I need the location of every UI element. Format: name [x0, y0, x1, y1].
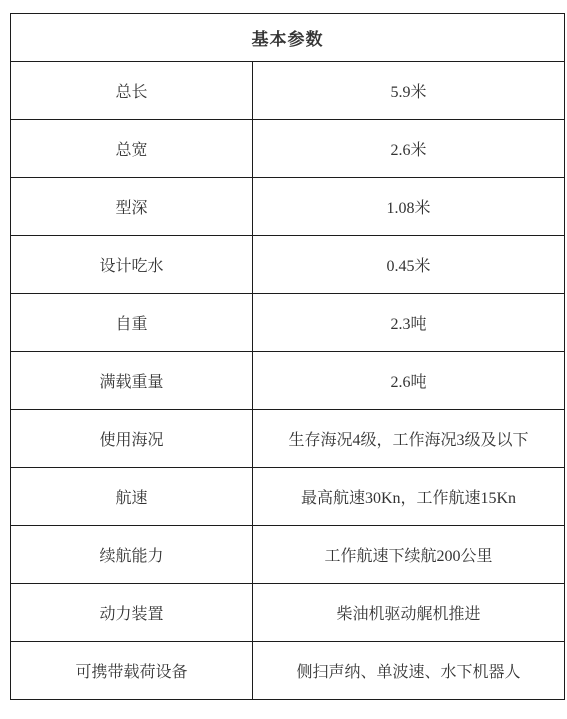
param-label-cell: 续航能力 [11, 526, 253, 584]
param-value-cell: 2.3吨 [253, 294, 565, 352]
table-row: 动力装置 柴油机驱动艉机推进 [11, 584, 565, 642]
param-label-cell: 型深 [11, 178, 253, 236]
param-value-cell: 工作航速下续航200公里 [253, 526, 565, 584]
table-row: 可携带载荷设备 侧扫声纳、单波速、水下机器人 [11, 642, 565, 700]
table-row: 续航能力 工作航速下续航200公里 [11, 526, 565, 584]
param-label-cell: 航速 [11, 468, 253, 526]
param-value-cell: 2.6吨 [253, 352, 565, 410]
param-value-cell: 最高航速30Kn，工作航速15Kn [253, 468, 565, 526]
table-row: 总宽 2.6米 [11, 120, 565, 178]
param-value-cell: 生存海况4级，工作海况3级及以下 [253, 410, 565, 468]
param-value-cell: 1.08米 [253, 178, 565, 236]
table-row: 使用海况 生存海况4级，工作海况3级及以下 [11, 410, 565, 468]
basic-parameters-table: 基本参数 总长 5.9米 总宽 2.6米 型深 1.08米 设计吃水 0.45米 [10, 13, 565, 700]
param-label-cell: 自重 [11, 294, 253, 352]
table-row: 型深 1.08米 [11, 178, 565, 236]
table-row: 航速 最高航速30Kn，工作航速15Kn [11, 468, 565, 526]
table-body: 总长 5.9米 总宽 2.6米 型深 1.08米 设计吃水 0.45米 自重 2… [11, 62, 565, 700]
param-label-cell: 满载重量 [11, 352, 253, 410]
param-value-cell: 5.9米 [253, 62, 565, 120]
table-row: 满载重量 2.6吨 [11, 352, 565, 410]
param-label-cell: 可携带载荷设备 [11, 642, 253, 700]
param-label-cell: 动力装置 [11, 584, 253, 642]
table-row: 自重 2.3吨 [11, 294, 565, 352]
table-row: 总长 5.9米 [11, 62, 565, 120]
param-value-cell: 柴油机驱动艉机推进 [253, 584, 565, 642]
table-header-row: 基本参数 [11, 14, 565, 62]
param-value-cell: 0.45米 [253, 236, 565, 294]
table-title: 基本参数 [11, 14, 565, 62]
param-label-cell: 设计吃水 [11, 236, 253, 294]
param-label-cell: 总宽 [11, 120, 253, 178]
param-value-cell: 2.6米 [253, 120, 565, 178]
param-label-cell: 使用海况 [11, 410, 253, 468]
table-row: 设计吃水 0.45米 [11, 236, 565, 294]
param-label-cell: 总长 [11, 62, 253, 120]
param-value-cell: 侧扫声纳、单波速、水下机器人 [253, 642, 565, 700]
